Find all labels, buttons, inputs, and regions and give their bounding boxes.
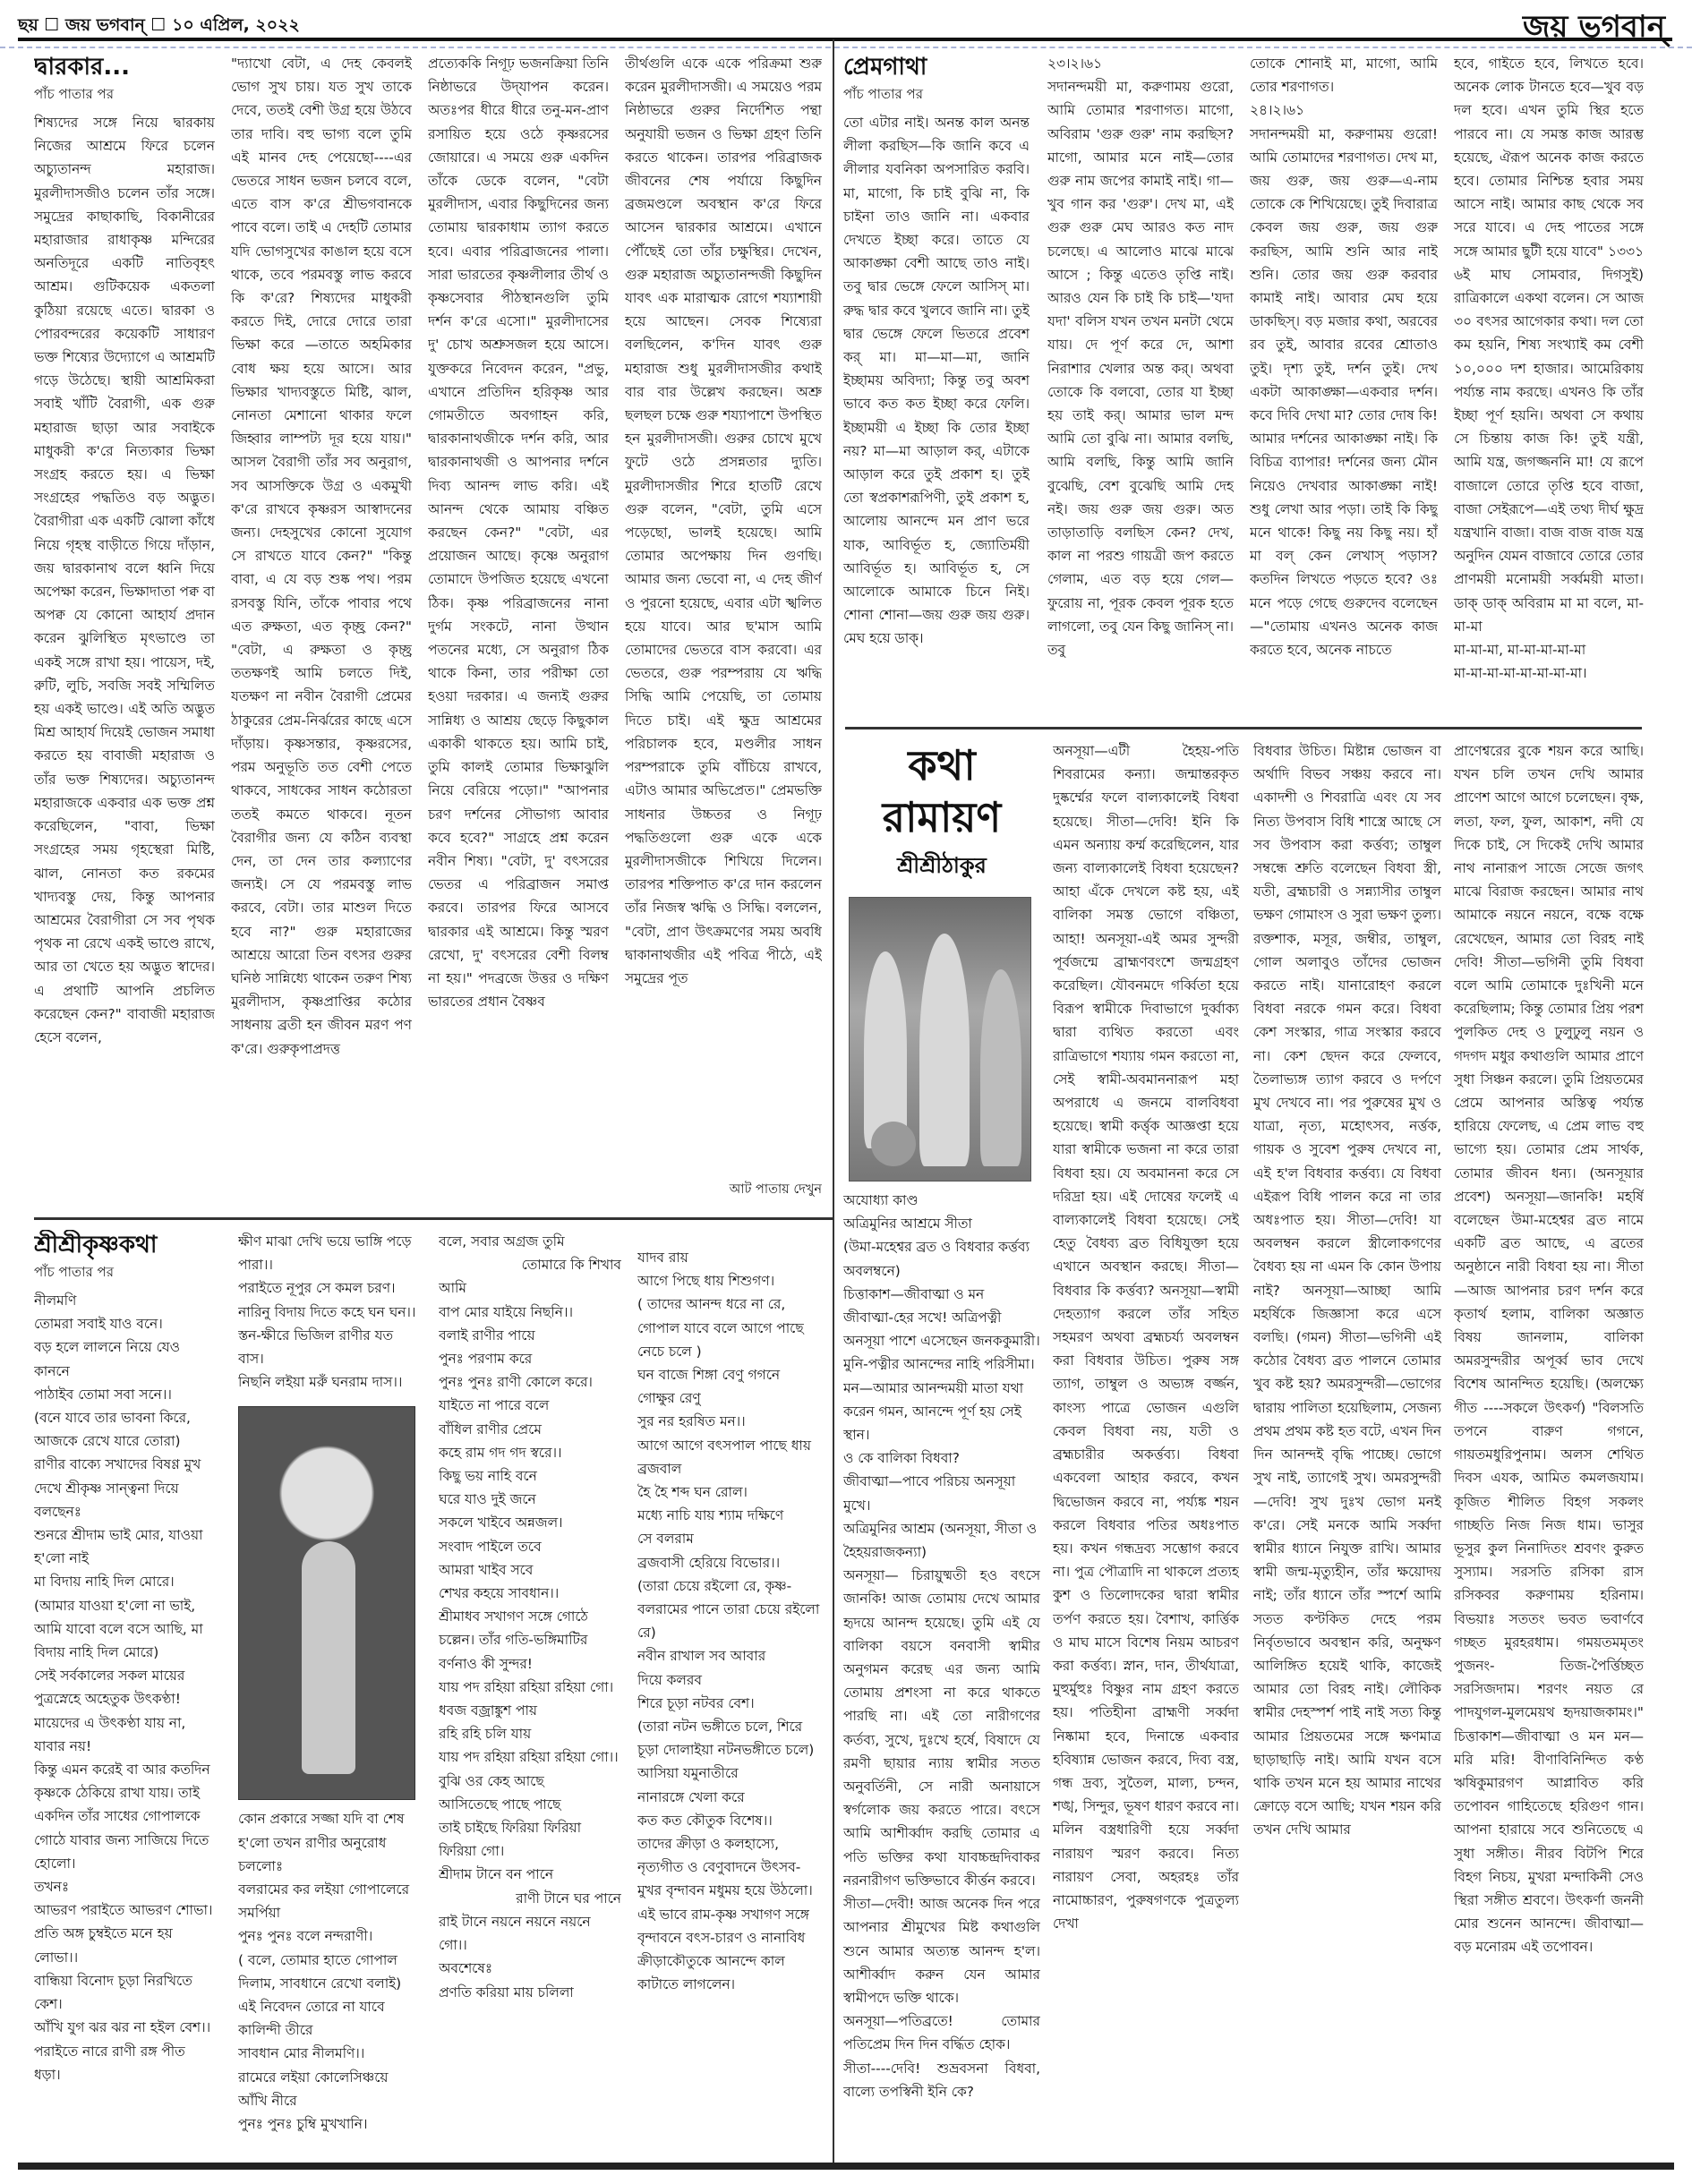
article-dwarka: দ্বারকার... পাঁচ পাতার পর শিষ্যদের সঙ্গে… [0,0,842,1217]
verse-line: হৈ হৈ শব্দ ঘন রোল। [637,1480,820,1504]
ramayan-line: জীবাত্মা-হের সখে! অত্রিপত্নী অনসূয়া পাশ… [843,1306,1040,1352]
verse-line: ধবজ বজ্রাঙ্কুশ পায় [439,1699,621,1722]
verse-line: ব্রজবাসী হেরিয়ে বিভোর।। [637,1551,820,1574]
verse-line: তাদের ক্রীড়া ও কলহাস্যে, নৃত্যগীত ও বেণ… [637,1832,820,1903]
verse-line: শ্রীমাধব সখাগণ সঙ্গে গোঠে চল্লেন। তাঁর গ… [439,1605,621,1676]
dwarka-col-2: "দ্যাখো বেটা, এ দেহ কেবলই ভোগ সুখ চায়। … [231,52,412,1198]
verse-line: বলরামের কর লইয়া গোপালেরে সমর্পিয়া [238,1878,421,1924]
continued-link[interactable]: আট পাতায় দেখুন [730,1182,822,1197]
ramayan-line: অযোধ্যা কাণ্ড [843,1189,1040,1212]
verse-line: (বনে যাবে তার ভাবনা কিরে, আজকে রেখে যারে… [34,1406,213,1453]
chant-line-1: মা-মা-মা, মা-মা-মা-মা-মা [1454,638,1644,661]
verse-line: আমি [439,1276,621,1300]
ramayan-line: মন—আমার আনন্দময়ী মাতা যথা করেন গমন, আনন… [843,1377,1040,1447]
krishna-painting [238,1406,415,1800]
verse-line: এই ভাবে রাম-কৃষ্ণ সখাগণ সঙ্গে বৃন্দাবনে … [637,1903,820,1997]
verse-line: প্রতি অঙ্গ চুম্বইতে মনে হয় লোভা।। [34,1922,213,1968]
ramayan-top-rule [845,727,1642,729]
verse-line: তোমরা সবাই যাও বনে। [34,1312,213,1335]
ramayan-line: চিত্তাকাশ—জীবাত্মা ও মন [843,1283,1040,1306]
verse-line: আঁখি যুগ ঝর ঝর না হইল বেশ।। [34,2016,213,2039]
verse-line: রাণী টানে ঘর পানে [439,1887,621,1910]
ramayan-line: (উমা-মহেশ্বর ব্রত ও বিধবার কর্ত্তব্য অবল… [843,1235,1040,1282]
ramayan-line: অত্রিমুনির আশ্রমে সীতা [843,1212,1040,1235]
verse-line: যায় পদ রহিয়া রহিয়া রহিয়া গো।। [439,1745,621,1769]
ramayan-line: অত্রিমুনির আশ্রম (অনসূয়া, সীতা ও হৈহয়র… [843,1517,1040,1564]
premgatha-body-4: হবে, গাইতে হবে, লিখতে হবে। অনেক লোক টানত… [1454,52,1644,638]
verse-line: আভরণ পরাইতে আভরণ শোভা। [34,1898,213,1922]
ramayan-col-4: প্রাণেশ্বরের বুকে শয়ন করে আছি। যখন চলি … [1454,739,1644,2163]
krishna-col-4: যাদব রায় আগে পিছে ধায় শিশুগণ। ( তাদের … [637,1246,820,2159]
verse-line: সংবাদ পাইলে তবে [439,1535,621,1558]
verse-line: এই নিবেদন তোরে না যাবে কালিন্দী তীরে [238,1995,421,2042]
verse-line: (তারা নটন ভঙ্গীতে চলে, শিরে চূড়া দোলাইয… [637,1715,820,1762]
verse-line: শুনরে শ্রীদাম ভাই মোর, যাওয়া হ'লো নাই [34,1523,213,1570]
verse-line: আসিতেছে পাছে পাছে [439,1793,621,1816]
verse-line: অবশেষেঃ [439,1957,621,1980]
verse-line: বলে, সবার অগ্রজ তুমি [439,1230,621,1253]
verse-line: দিয়ে কলরব [637,1668,820,1692]
verse-line: বান্ধিয়া বিনোদ চূড়া নিরখিতে কেশ। [34,1969,213,2016]
ramayan-col-3: বিধবার উচিত। মিষ্টান্ন ভোজন বা অর্থাদি ব… [1253,739,1441,2163]
verse-line: শ্রীদাম টানে বন পানে [439,1863,621,1886]
verse-line: কিছু ভয় নাহি বনে [439,1464,621,1488]
premgatha-date-2: ২৪।২।৬১ [1250,98,1438,122]
dwarka-body-4: তীর্থগুলি একে একে পরিক্রমা শুরু করেন মুর… [625,52,822,990]
dwarka-col-4: তীর্থগুলি একে একে পরিক্রমা শুরু করেন মুর… [625,52,822,1173]
verse-line: যাদব রায় [637,1246,820,1269]
verse-line: সেই সর্বকালের সকল মায়ের পুত্রস্নেহে অহে… [34,1664,213,1711]
bottom-rule [18,2163,1674,2170]
verse-line: কিন্তু এমন করেই বা আর কতদিন কৃষ্ণকে ঠেকি… [34,1758,213,1875]
premgatha-headline: প্রেমগাথা [843,52,1030,82]
verse-line: নারিনু বিদায় দিতে কহে ঘন ঘন।। [238,1301,421,1324]
krishna-kicker: পাঁচ পাতার পর [34,1260,213,1284]
ramayan-body-3: বিধবার উচিত। মিষ্টান্ন ভোজন বা অর্থাদি ব… [1253,739,1441,1842]
verse-line: যায় পদ রহিয়া রহিয়া রহিয়া গো। [439,1676,621,1699]
ramayan-body-2: অনসূয়া—এটী হৈহয়-পতি শিবরামের কন্যা। জন… [1053,739,1239,1935]
lakshman-figure [864,951,907,1148]
krishna-figure [302,1541,355,1774]
verse-line: পুনঃ পুনঃ চুম্বি মুখখানি। [238,2112,421,2136]
ram-sita-painting [849,897,1031,1182]
verse-line: (আমার যাওয়া হ'লো না ভাই, আমি যাবো বলে ব… [34,1594,213,1665]
verse-line: বলাই রাণীর পায়ে [439,1324,621,1347]
dwarka-body-2: "দ্যাখো বেটা, এ দেহ কেবলই ভোগ সুখ চায়। … [231,52,412,1061]
verse-line: পরাইতে নারে রাণী রঙ্গ পীত ধড়া। [34,2040,213,2086]
sita-figure [980,969,1021,1166]
premgatha-kicker: পাঁচ পাতার পর [843,82,1030,106]
dwarka-body-3: প্রত্যেককি নিগূঢ় ভজনক্রিয়া তিনি নিষ্ঠা… [428,52,609,1013]
verse-line: মধ্যে নাচি যায় শ্যাম দক্ষিণে [637,1504,820,1527]
ramayan-line: অনসূয়া—পতিব্রতে! তোমার পতিপ্রেম দিন দিন… [843,2009,1040,2056]
verse-line: আগে আগে বৎসপাল পাছে ধায় ব্রজবাল [637,1434,820,1480]
premgatha-body-3: সদানন্দময়ী মা, করুণাময় গুরো! আমি তোমাদ… [1250,123,1438,662]
ramayan-line: জীবাত্মা—পাবে পরিচয় অনসূয়া মুখে। [843,1470,1040,1516]
dwarka-body-1: শিষ্যদের সঙ্গে নিয়ে দ্বারকায় নিজের আশ্… [34,111,215,1049]
verse-line: শিরে চূড়া নটবর বেশ। [637,1692,820,1715]
article-premgatha: প্রেমগাথা পাঁচ পাতার পর তো এটার নাই। অনন… [836,0,1692,725]
verse-line: নিছনি লইয়া মরুঁ ঘনরাম দাস।। [238,1370,421,1394]
verse-line: রহি রহি চলি যায় [439,1722,621,1745]
verse-line: ঘরে যাও দুই জনে [439,1488,621,1511]
verse-line: তাই চাইছে ফিরিয়া ফিরিয়া ফিরিয়া গো। [439,1816,621,1863]
verse-line: বাপ মোর যাইয়ে নিছনি।। [439,1301,621,1324]
krishna-col-2: ক্ষীণ মাঝা দেখি ভয়ে ভাঙ্গি পড়ে পারা।। … [238,1230,421,2161]
verse-line: সুর নর হরষিত মন।। [637,1410,820,1433]
verse-line: প্রণতি করিয়া মায় চলিলা [439,1981,621,2004]
premgatha-date-1: ২৩।২।৬১ [1047,52,1234,75]
verse-line: ( তাদের আনন্দ ধরে না রে, গোপাল যাবে বলে … [637,1292,820,1363]
verse-line: নীলমণি [34,1289,213,1312]
article-krishnakatha: শ্রীশ্রীকৃষ্ণকথা পাঁচ পাতার পর নীলমণি তো… [0,1224,833,2161]
ramayan-body-4: প্রাণেশ্বরের বুকে শয়ন করে আছি। যখন চলি … [1454,739,1644,1959]
verse-line: রামেরে লইয়া কোলেসিঞ্চয়ে আঁখি নীরে [238,2066,421,2112]
verse-line: সকলে খাইবে অন্নজল। [439,1511,621,1534]
verse-line: ক্ষীণ মাঝা দেখি ভয়ে ভাঙ্গি পড়ে পারা।। [238,1230,421,1276]
verse-line: নবীন রাখাল সব আবার [637,1644,820,1668]
ramayan-line: অনসূয়া— চিরায়ুষ্মতী হও বৎসে জানকি! আজ … [843,1564,1040,1892]
chant-line-2: মা-মা-মা-মা-মা-মা-মা-মা। [1454,661,1644,685]
verse-line: পরাইতে নূপুর সে কমল চরণ। [238,1276,421,1300]
krishna-col-1: শ্রীশ্রীকৃষ্ণকথা পাঁচ পাতার পর নীলমণি তো… [34,1230,213,2161]
verse-line: স্তন-ক্ষীরে ভিজিল রাণীর যত বাস। [238,1324,421,1370]
ramayan-line: ও কে বালিকা বিধবা? [843,1446,1040,1470]
dwarka-col-1: দ্বারকার... পাঁচ পাতার পর শিষ্যদের সঙ্গে… [34,52,215,1198]
verse-line: বড় হলে লালনে নিয়ে যেও কাননে [34,1335,213,1382]
ram-figure [919,934,970,1166]
ramayan-line: সীতা----দেবি! শুভ্রবসনা বিধবা, বাল্যে তপ… [843,2057,1040,2103]
verse-line: আমরা খাইব সবে [439,1558,621,1582]
verse-line: গোক্ষুর রেণু [637,1386,820,1410]
hanuman-figure [871,1122,916,1166]
verse-line: ( বলে, তোমার হাতে গোপাল দিলাম, সাবধানে র… [238,1949,421,1995]
krishna-col-3: বলে, সবার অগ্রজ তুমি তোমারে কি শিখাব আমি… [439,1230,621,2161]
dwarka-headline: দ্বারকার... [34,52,215,82]
verse-line: পুনঃ পুনঃ বলে নন্দরাণী। [238,1924,421,1948]
ramayan-line: সীতা—দেবী! আজ অনেক দিন পরে আপনার শ্রীমুখ… [843,1892,1040,2009]
verse-line: পুনঃ পুনঃ রাণী কোলে করে। [439,1370,621,1394]
premgatha-body-1: তো এটার নাই। অনন্ত কাল অনন্ত লীলা করছিস—… [843,111,1030,651]
dwarka-continued[interactable]: আট পাতায় দেখুন [625,1178,822,1203]
article-ramayan: কথা রামায়ণ শ্রীশ্রীঠাকুর অযোধ্যা কাণ্ড … [836,734,1692,2163]
verse-line: রাই টানে নয়নে নয়নে নয়নে গো।। [439,1910,621,1957]
verse-line: শেখর কহয়ে সাবধান।। [439,1582,621,1605]
premgatha-col-2: ২৩।২।৬১ সদানন্দময়ী মা, করুণাময় গুরো, আ… [1047,52,1234,720]
premgatha-body-2: সদানন্দময়ী মা, করুণাময় গুরো, আমি তোমার… [1047,75,1234,661]
verse-line: রাণীর বাক্যে সখাদের বিষণ্ণ মুখ দেখে শ্রী… [34,1453,213,1523]
verse-line: ঘন বাজে শিঙ্গা বেণু গগনে [637,1363,820,1386]
verse-line: সাবধান মোর নীলমণি।। [238,2042,421,2065]
verse-line: কহে রাম গদ গদ স্বরে।। [439,1441,621,1464]
verse-line: সে বলরাম [637,1527,820,1550]
dwarka-col-3: প্রত্যেককি নিগূঢ় ভজনক্রিয়া তিনি নিষ্ঠা… [428,52,609,1198]
ramayan-line: মুনি-পত্নীর আনন্দের নাহি পরিসীমা। [843,1352,1040,1376]
verse-line: (তারা চেয়ে রইলো রে, কৃষ্ণ-বলরামের পানে … [637,1574,820,1645]
verse-line: বাঁধিল রাণীর প্রেমে [439,1418,621,1441]
verse-line: আগে পিছে ধায় শিশুগণ। [637,1269,820,1292]
verse-line: তোমারে কি শিখাব [439,1253,621,1276]
ramayan-col-1: কথা রামায়ণ শ্রীশ্রীঠাকুর অযোধ্যা কাণ্ড … [843,739,1040,2163]
ramayan-col-2: অনসূয়া—এটী হৈহয়-পতি শিবরামের কন্যা। জন… [1053,739,1239,2163]
verse-line: পাঠাইব তোমা সবা সনে।। [34,1383,213,1406]
verse-line: যাইতে না পারে বলে [439,1394,621,1417]
krishna-top-rule [34,1217,833,1220]
verse-line: নানারঙ্গে খেলা করে [637,1786,820,1809]
verse-line: বুঝি ওর কেহ আছে [439,1770,621,1793]
premgatha-col-1: প্রেমগাথা পাঁচ পাতার পর তো এটার নাই। অনন… [843,52,1030,720]
premgatha-col-4: হবে, গাইতে হবে, লিখতে হবে। অনেক লোক টানত… [1454,52,1644,720]
verse-line: কোন প্রকারে সজ্জা যদি বা শেষ হ'লো তখন রা… [238,1807,421,1878]
verse-line: আসিয়া যমুনাতীরে [637,1762,820,1785]
premgatha-col-3: তোকে শোনাই মা, মাগো, আমি তোর শরণাগত। ২৪।… [1250,52,1438,720]
ramayan-title: কথা রামায়ণ [843,739,1040,843]
verse-line: তখনঃ [34,1875,213,1898]
krishna-headline: শ্রীশ্রীকৃষ্ণকথা [34,1230,213,1260]
verse-line: পুনঃ পরণাম করে [439,1347,621,1370]
verse-line: মায়েদের এ উৎকণ্ঠা যায় না, যাবার নয়! [34,1711,213,1758]
premgatha-body-3a: তোকে শোনাই মা, মাগো, আমি তোর শরণাগত। [1250,52,1438,98]
verse-line: মা বিদায় নাহি দিল মোরে। [34,1570,213,1593]
ramayan-byline: শ্রীশ্রীঠাকুর [843,850,1040,881]
verse-line: কত কত কৌতুক বিশেষ।। [637,1809,820,1832]
dwarka-kicker: পাঁচ পাতার পর [34,82,215,106]
center-vertical-rule [833,39,834,2163]
